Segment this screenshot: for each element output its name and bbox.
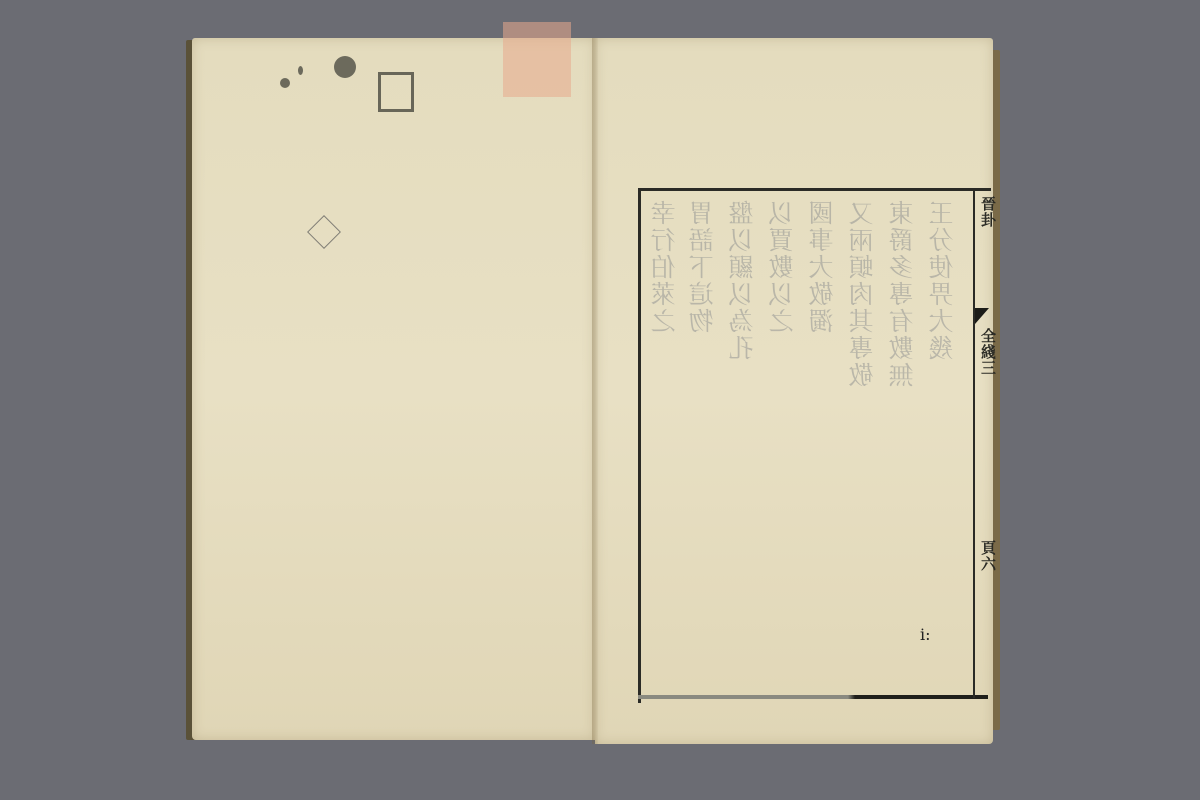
book-gutter xyxy=(592,38,598,744)
ink-seal-mark xyxy=(378,72,414,112)
bleed-through-column: 盤以顯以為孔 xyxy=(730,200,755,362)
bleed-through-column: 胃語下這物 xyxy=(690,200,715,335)
bleed-through-column: 東爵多專有數無 xyxy=(890,200,915,389)
bleed-through-column: 又兩蝢肉其專敬 xyxy=(850,200,875,389)
bleed-through-column: 國事大敬濁 xyxy=(810,200,835,335)
red-seal-impression xyxy=(503,22,571,97)
fishtail-mark-icon xyxy=(975,308,989,324)
ink-smudge xyxy=(298,66,303,75)
banxin-page-number: 頁六 xyxy=(978,540,999,572)
bleed-through-column: 以賈數以之 xyxy=(770,200,795,335)
bleed-through-column: 王分使畀大幾 xyxy=(930,200,955,362)
ink-smudge xyxy=(334,56,356,78)
banxin-title: 晉卦 xyxy=(978,196,999,228)
ink-smudge xyxy=(280,78,290,88)
bleed-through-column: 幸行伯萊之 xyxy=(652,200,677,335)
banxin-volume: 全綫三 xyxy=(978,328,999,376)
banxin-border xyxy=(973,190,975,698)
handwritten-annotation: i: xyxy=(920,625,931,644)
left-page xyxy=(192,38,595,740)
printed-block-frame-bottom xyxy=(638,695,988,699)
